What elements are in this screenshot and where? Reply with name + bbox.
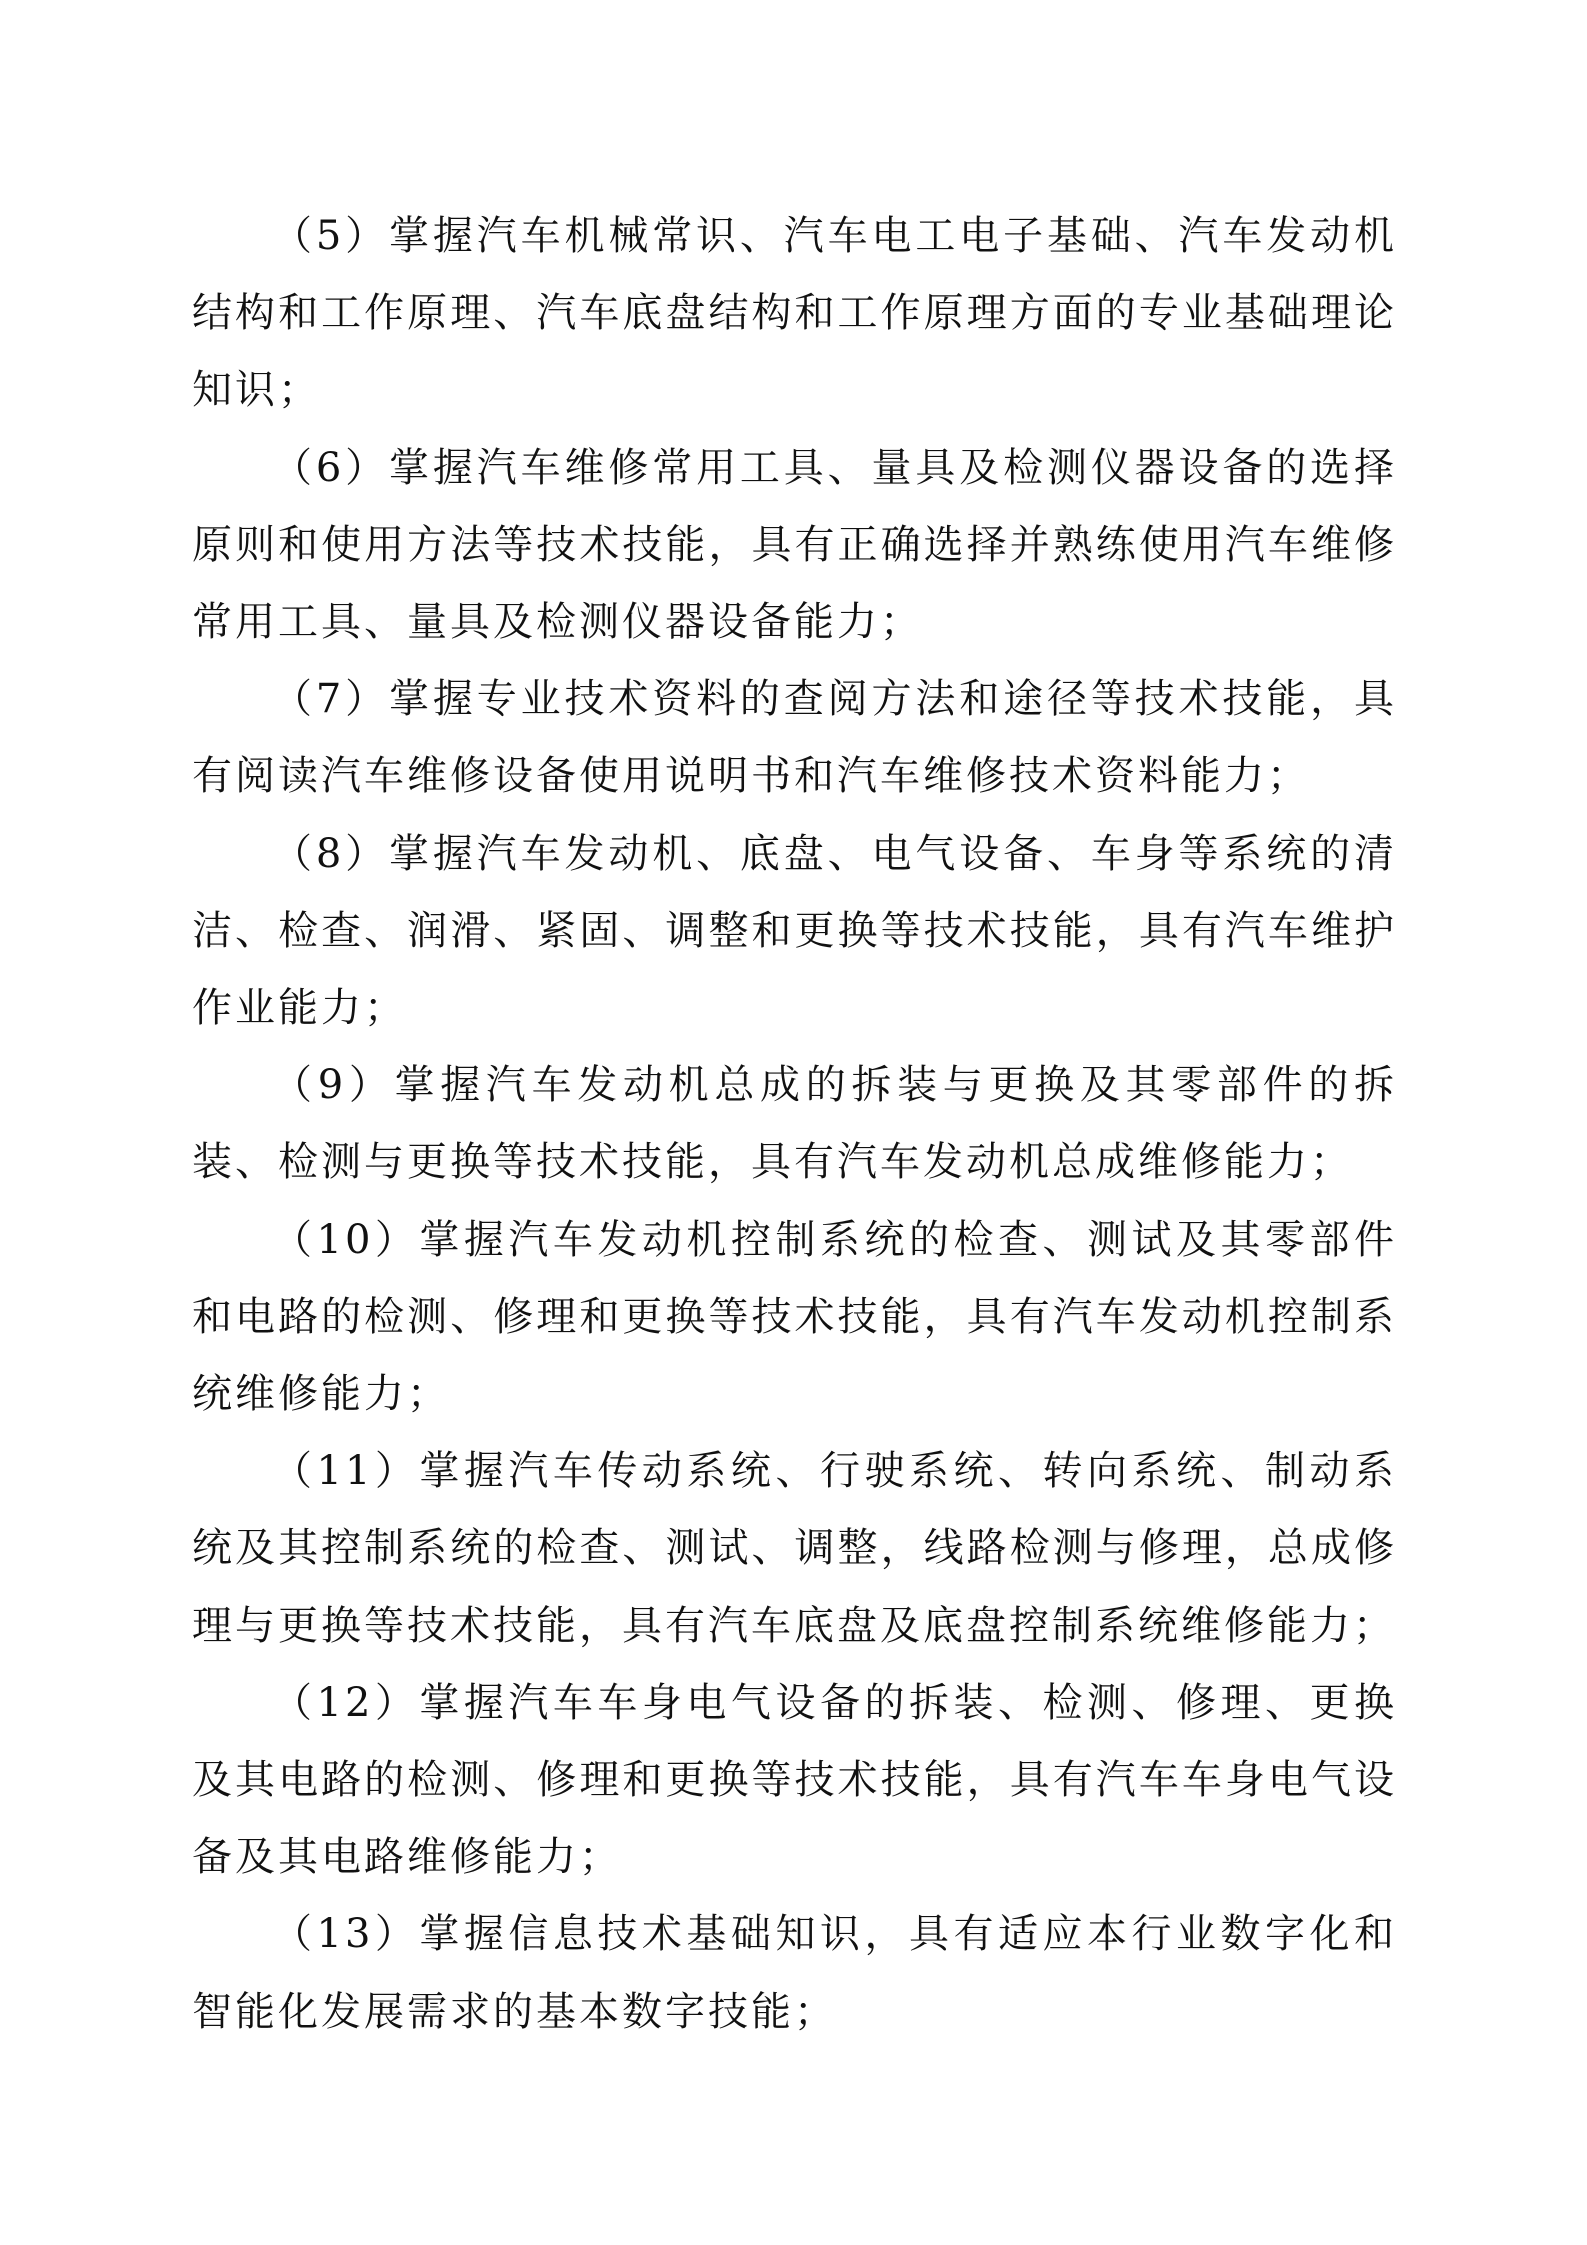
paragraph-item-10: （10）掌握汽车发动机控制系统的检查、测试及其零部件和电路的检测、修理和更换等技… <box>192 1202 1397 1434</box>
paragraph-item-12: （12）掌握汽车车身电气设备的拆装、检测、修理、更换及其电路的检测、修理和更换等… <box>192 1665 1397 1897</box>
document-page: （5）掌握汽车机械常识、汽车电工电子基础、汽车发动机结构和工作原理、汽车底盘结构… <box>192 198 1397 2051</box>
paragraph-item-11: （11）掌握汽车传动系统、行驶系统、转向系统、制动系统及其控制系统的检查、测试、… <box>192 1433 1397 1665</box>
paragraph-item-5: （5）掌握汽车机械常识、汽车电工电子基础、汽车发动机结构和工作原理、汽车底盘结构… <box>192 198 1397 430</box>
paragraph-item-7: （7）掌握专业技术资料的查阅方法和途径等技术技能，具有阅读汽车维修设备使用说明书… <box>192 661 1397 815</box>
paragraph-item-8: （8）掌握汽车发动机、底盘、电气设备、车身等系统的清洁、检查、润滑、紧固、调整和… <box>192 816 1397 1048</box>
paragraph-item-9: （9）掌握汽车发动机总成的拆装与更换及其零部件的拆装、检测与更换等技术技能，具有… <box>192 1047 1397 1201</box>
paragraph-item-13: （13）掌握信息技术基础知识，具有适应本行业数字化和智能化发展需求的基本数字技能… <box>192 1896 1397 2050</box>
paragraph-item-6: （6）掌握汽车维修常用工具、量具及检测仪器设备的选择原则和使用方法等技术技能，具… <box>192 430 1397 662</box>
